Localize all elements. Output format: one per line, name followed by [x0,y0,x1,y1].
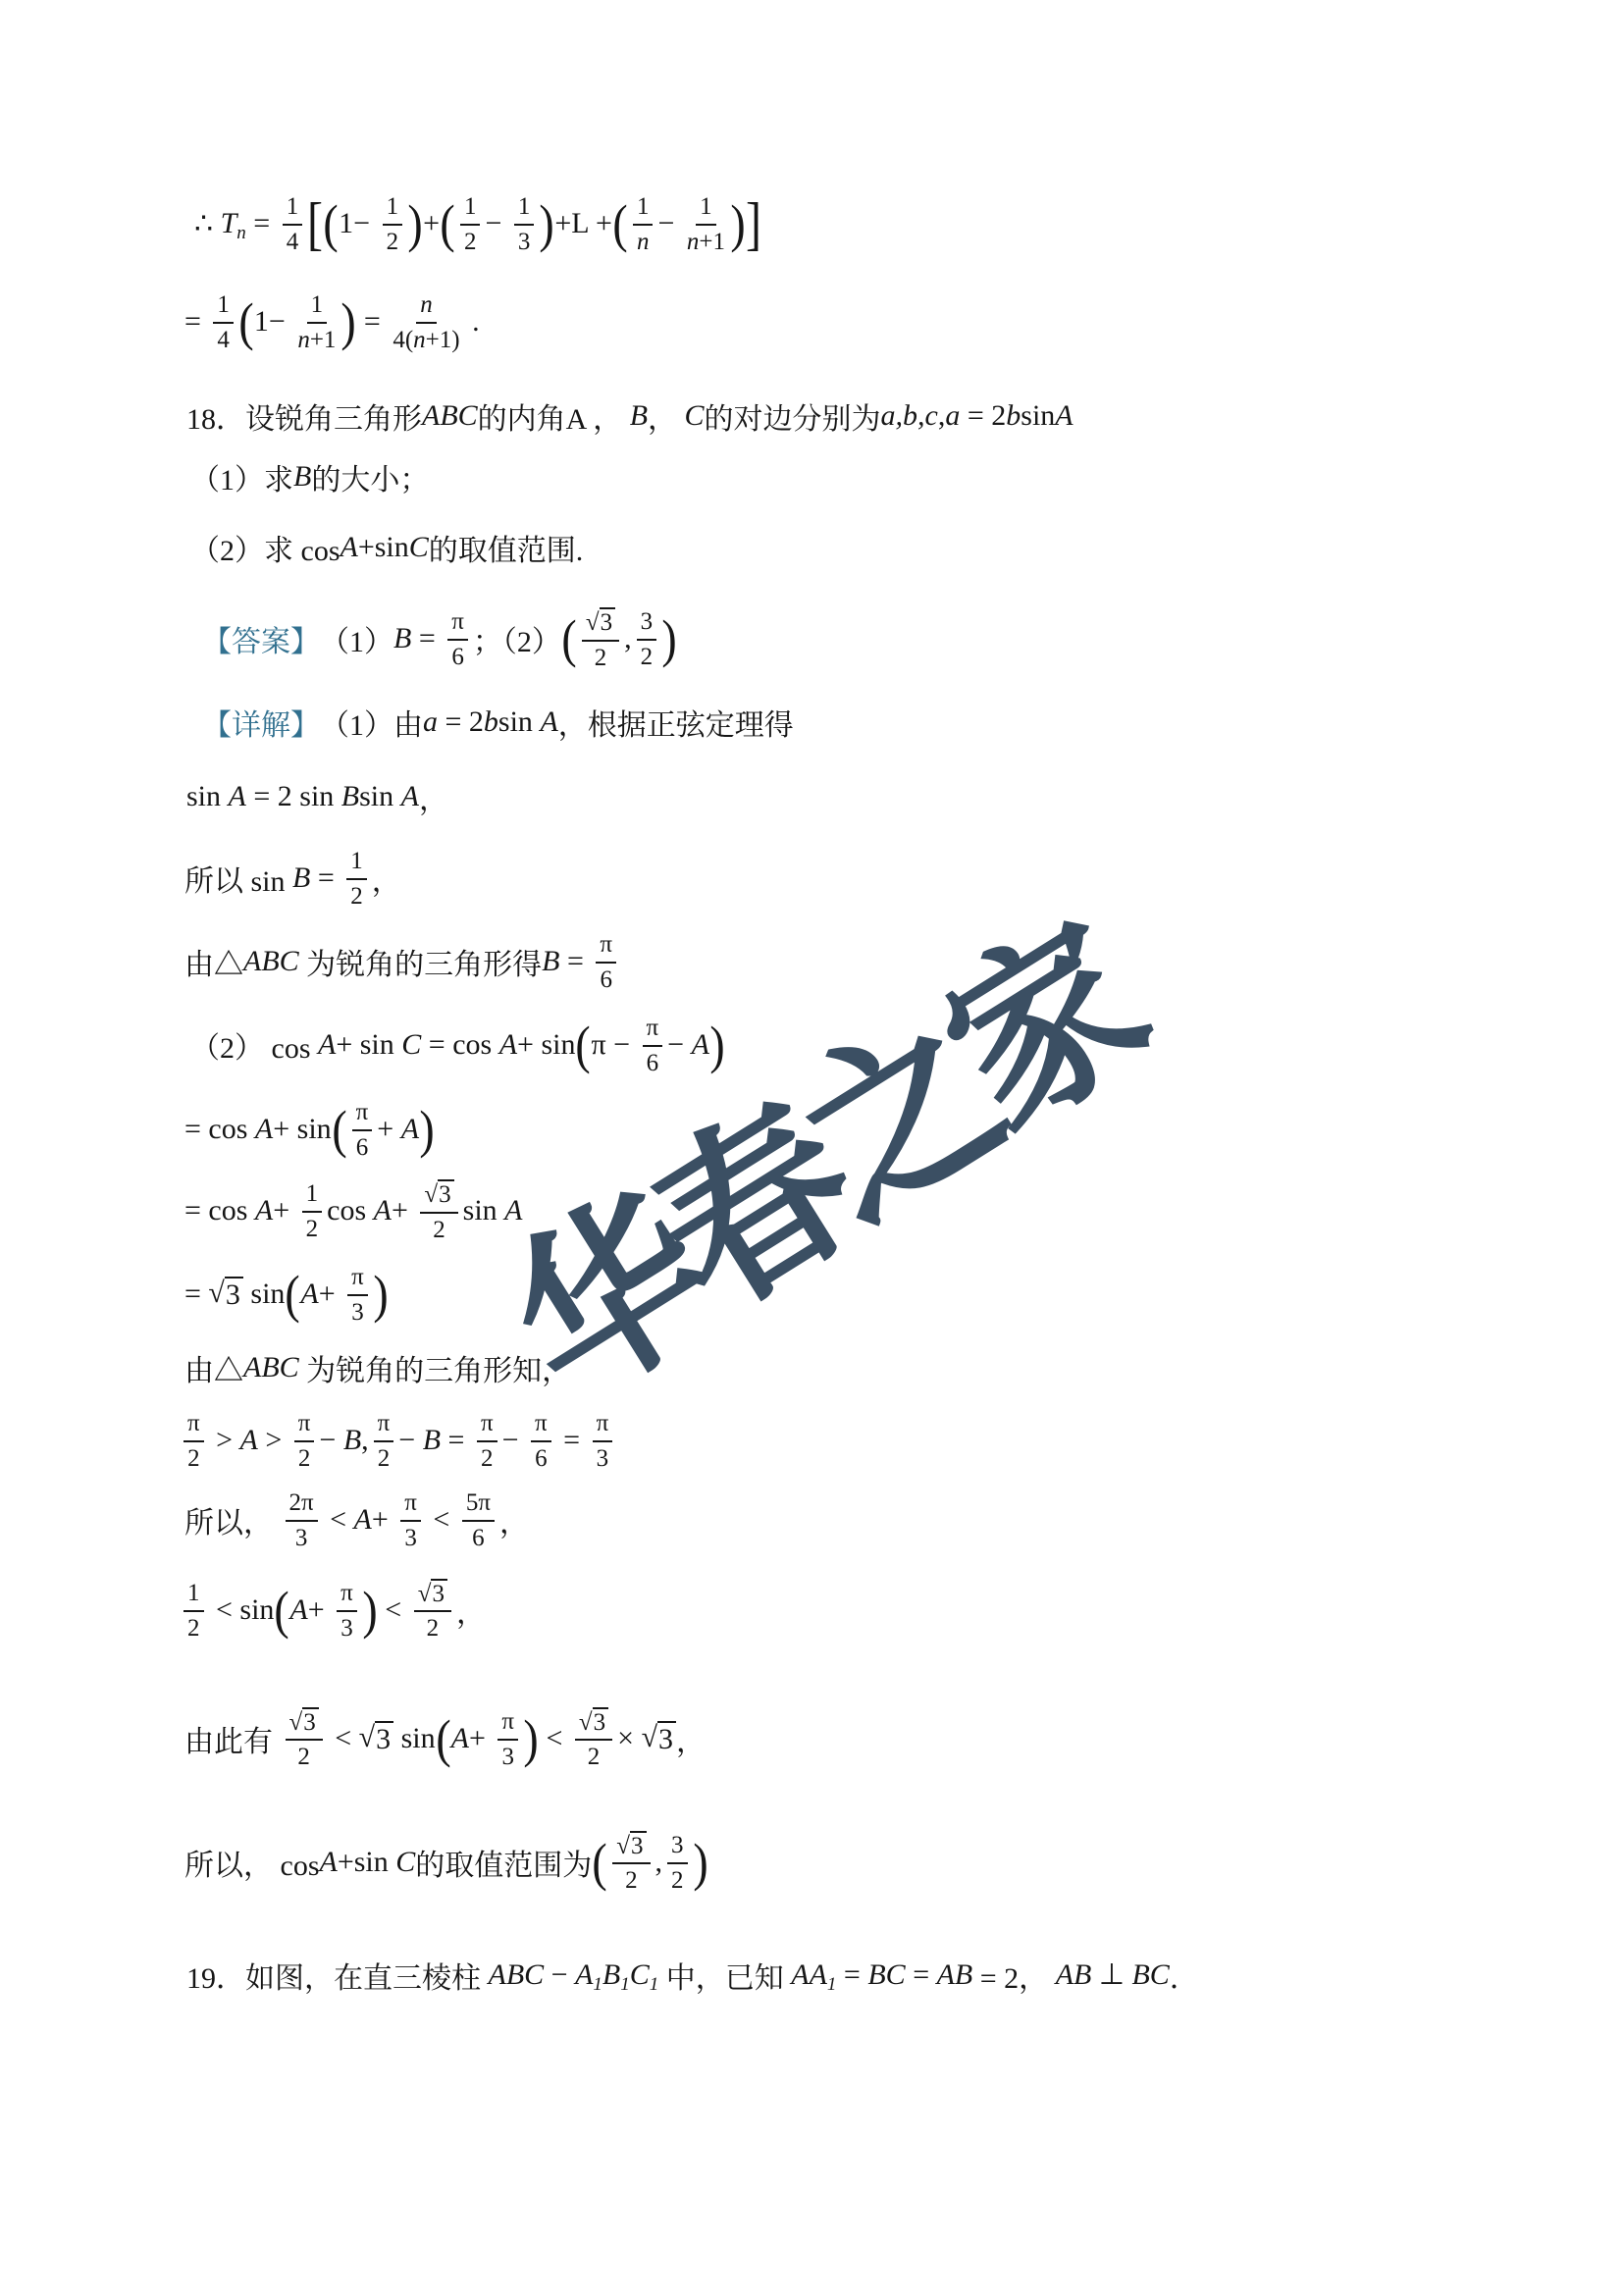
numerator: π [337,1578,357,1612]
denominator: 2 [187,1612,200,1643]
math-text: sin [243,1278,286,1311]
math-variable: B [602,1958,620,1992]
math-text: + sin [336,1028,401,1062]
math-variable: A [300,1278,318,1311]
math-variable: C [630,1958,650,1992]
math-text: 由此有 [184,1717,281,1760]
math-variable: A [451,1722,469,1755]
math-variable: C [409,531,429,564]
math-variable: A [255,1113,273,1146]
math-text: ， [419,775,448,818]
denominator: 2 [378,1442,391,1473]
math-text: + [423,207,440,240]
denominator: 2 [350,880,363,911]
fraction: π3 [497,1706,518,1771]
math-variable: B [292,861,310,895]
math-variable: AB [937,1958,973,1992]
math-variable: AB [1056,1958,1092,1992]
formula-part2-expand: （2） cos A+ sin C = cos A+ sin(π − π6− A) [190,1010,1535,1080]
radical-sign: √ [418,1581,432,1608]
fraction: √32 [582,605,619,672]
radical-sign: √ [579,1709,593,1737]
denominator: 4 [287,226,299,256]
formula-tn-result: = 14(1− 1n+1) = n4(n+1) . [184,287,1535,357]
numerator: 3 [667,1830,688,1864]
fraction: 32 [637,606,657,671]
big-paren-open: ( [286,1259,300,1330]
math-variable: ABC [489,1958,545,1992]
text-acute-triangle: 由△ABC 为锐角的三角形知， [184,1346,1535,1389]
math-text: , [624,622,632,655]
fraction: π6 [596,929,616,994]
denominator: 3 [340,1612,353,1643]
denominator: n+1 [687,226,725,256]
fraction: π2 [374,1408,394,1473]
math-text: = [356,305,388,339]
math-text: ；（2） [473,617,561,660]
numerator: 1 [302,1178,323,1213]
math-variable: a,b,c [881,399,938,433]
formula-b-value: 由△ABC 为锐角的三角形得B = π6 [184,929,1535,994]
numerator: π [596,929,616,964]
math-text: − [398,1424,422,1457]
fraction: 12 [183,1578,204,1643]
math-text: = [556,1424,588,1457]
numerator: 1 [383,191,403,226]
math-text: （1）求 [190,455,293,498]
formula-sum-bounds: 所以， 2π3 < A+ π3 < 5π6， [184,1487,1535,1552]
math-text: = 2， [972,1954,1055,1997]
big-paren-close: ) [341,287,356,357]
big-paren-close: ) [693,1827,707,1898]
fraction: 12 [383,191,403,256]
math-text: sin [1021,399,1055,433]
radicand: 3 [302,1707,319,1737]
denominator: 6 [356,1131,369,1162]
denominator: 2 [433,1214,445,1244]
math-text: > [258,1424,289,1457]
math-variable: a [423,705,438,739]
denominator: 3 [295,1522,308,1552]
big-paren-close: ) [419,1094,434,1165]
math-text: ， [372,857,401,900]
math-text: （2）求 cos [190,526,340,569]
math-text: = cos [184,1194,255,1227]
math-text: = [906,1958,937,1992]
math-text: < [323,1503,354,1537]
math-variable: ABC [243,945,299,978]
big-paren-open: ( [561,603,576,674]
formula-tn-telescoping: ∴ Tn = 14[(1− 12)+(12− 13)+L +(1n− 1n+1)… [194,186,1535,261]
math-text: , [655,1846,663,1879]
math-text: ， [648,394,685,438]
math-text: − [657,207,681,240]
math-text: 所以， cos [184,1841,320,1884]
math-variable: A [401,1113,419,1146]
math-text: ． [1170,1954,1199,1997]
math-variable: B [423,1424,441,1457]
numerator: √3 [612,1829,650,1865]
fraction: π6 [531,1408,551,1473]
question-18: 18．设锐角三角形ABC的内角A ， B， C的对边分别为a,b,c,a = 2… [186,394,1535,438]
formula-simplify-3: = √3 sin(A+ π3) [184,1259,1535,1330]
math-text: = 2 sin [246,780,341,813]
numerator: π [477,1408,497,1442]
math-text: < [539,1722,570,1755]
fraction: 12 [302,1178,323,1243]
fraction: π3 [337,1578,357,1643]
square-root: √3 [359,1721,393,1755]
numerator: 1 [213,289,234,324]
denominator: 6 [535,1442,548,1473]
numerator: π [593,1408,613,1442]
math-text: 由△ [184,1346,243,1389]
math-text: （2） cos [190,1023,318,1067]
big-bracket-open: [ [307,186,323,261]
math-variable: A [401,780,419,813]
numerator: 1 [696,191,716,226]
numerator: 1 [460,191,481,226]
math-text: + [469,1722,493,1755]
fraction: 13 [514,191,535,256]
answer-line: 【答案】（1）B = π6；（2）(√32,32) [202,603,1535,674]
math-text: < [378,1593,409,1627]
math-text: sin [463,1194,505,1227]
math-text: sin [186,780,229,813]
radicand: 3 [438,1179,454,1209]
fraction: √32 [286,1705,323,1772]
math-text: = 2 [960,399,1006,433]
math-text: cos [327,1194,374,1227]
section-label: 【答案】 [202,617,320,660]
math-text: − [319,1424,342,1457]
fraction: π3 [593,1408,613,1473]
math-text: + [308,1593,332,1627]
denominator: 2 [306,1213,319,1243]
math-text: 的大小； [311,455,429,498]
math-variable: A [374,1194,392,1227]
big-paren-open: ( [612,188,627,259]
math-variable: a [945,399,960,433]
math-text: 的取值范围. [429,526,584,569]
math-text: + [319,1278,342,1311]
big-paren-open: ( [593,1827,607,1898]
subscript: 1 [650,1974,659,1996]
denominator: 3 [351,1296,364,1327]
question-18-part1: （1）求B的大小； [190,455,1535,498]
numerator: π [400,1487,421,1522]
denominator: 2 [297,1741,310,1771]
denominator: n [637,226,650,256]
math-variable: A [289,1593,307,1627]
numerator: √3 [414,1577,451,1613]
fraction: π2 [183,1408,204,1473]
math-variable: AA [791,1958,827,1992]
math-text: 18．设锐角三角形 [186,394,422,438]
formula-simplify-2: = cos A+ 12cos A+ √32sin A [184,1177,1535,1244]
fraction: π2 [294,1408,315,1473]
math-text: 1− [254,305,292,339]
math-variable: C [395,1846,415,1879]
math-text: , [361,1424,369,1457]
numerator: √3 [582,605,619,642]
math-text: ⊥ [1091,1957,1131,1992]
math-text: < sin [209,1593,275,1627]
math-text: = cos [184,1113,255,1146]
fraction: π6 [447,606,468,671]
math-variable: A [240,1424,258,1457]
math-variable: B [293,460,311,494]
math-text: + [273,1194,296,1227]
fraction: 12 [460,191,481,256]
math-text: ， [676,1717,706,1760]
math-text: （1） [320,617,393,660]
formula-sin-bounds: 12 < sin(A+ π3) < √32， [179,1575,1535,1645]
numerator: π [497,1706,518,1741]
math-text: sin [359,780,401,813]
math-variable: A [229,780,246,813]
square-root: √3 [208,1277,242,1311]
fraction: √32 [420,1177,457,1244]
numerator: π [643,1013,663,1047]
denominator: 2 [595,642,607,672]
math-text: − [544,1958,575,1992]
numerator: 1 [183,1578,204,1612]
math-text: < [328,1722,359,1755]
big-paren-close: ) [523,1703,538,1774]
fraction: 1n+1 [687,191,725,256]
numerator: 1 [283,191,303,226]
math-variable: b [484,705,498,739]
subscript: 1 [593,1974,602,1996]
numerator: π [294,1408,315,1442]
section-label: 【详解】 [202,701,320,744]
subscript: n [236,223,246,244]
formula-simplify-1: = cos A+ sin(π6+ A) [184,1094,1535,1165]
subscript: 1 [620,1974,630,1996]
fraction: n4(n+1) [393,289,459,354]
math-text: π − [591,1028,637,1062]
denominator: 3 [597,1442,609,1473]
math-variable: A [318,1028,336,1062]
fraction: √32 [575,1705,612,1772]
big-paren-open: ( [440,188,454,259]
formula-sinb: 所以 sin B = 12， [184,846,1535,911]
formula-sine-rule: sin A = 2 sin Bsin A， [186,775,1535,818]
math-text: + [377,1113,400,1146]
math-variable: b [1006,399,1021,433]
question-18-part2: （2）求 cosA+sinC的取值范围. [190,526,1535,569]
fraction: 2π3 [286,1487,318,1552]
denominator: 2 [671,1864,684,1895]
math-variable: A [499,1028,517,1062]
math-variable: A [1055,399,1073,433]
fraction: π6 [643,1013,663,1077]
big-paren-open: ( [436,1703,450,1774]
fraction: 1n [633,191,654,256]
numerator: π [447,606,468,641]
radicand: 3 [657,1721,676,1755]
numerator: π [374,1408,394,1442]
math-text: ，根据正弦定理得 [558,701,794,744]
math-text: +sin [358,531,409,564]
fraction: 12 [346,846,367,911]
denominator: 2 [481,1442,494,1473]
radicand: 3 [225,1277,243,1311]
big-paren-close: ) [730,188,745,259]
denominator: 2 [641,641,654,671]
math-text: = [184,1278,208,1311]
numerator: 1 [346,846,367,880]
math-variable: A [320,1846,338,1879]
radicand: 3 [375,1721,393,1755]
denominator: 3 [518,226,531,256]
math-variable: C [401,1028,421,1062]
big-bracket-close: ] [746,186,761,261]
radical-sign: √ [208,1277,224,1309]
fraction: π2 [477,1408,497,1473]
fraction: 32 [667,1830,688,1895]
math-text: = [441,1424,472,1457]
math-text: × [617,1722,641,1755]
numerator: 1 [633,191,654,226]
math-variable: B [343,1424,361,1457]
math-text: sin [393,1722,436,1755]
math-text: 所以， [184,1498,281,1541]
math-text: 所以 sin [184,857,292,900]
big-paren-open: ( [332,1094,346,1165]
math-text: = [184,305,208,339]
subscript: 1 [827,1974,837,1996]
math-variable: A [354,1503,372,1537]
big-paren-open: ( [238,287,253,357]
numerator: √3 [575,1705,612,1742]
math-text: 的取值范围为 [415,1841,592,1884]
math-text: + [372,1503,395,1537]
math-text: （1）由 [320,701,423,744]
denominator: 6 [472,1522,485,1552]
math-variable: A [255,1194,273,1227]
denominator: 2 [387,226,399,256]
math-text: ， [499,1498,529,1541]
denominator: 4 [217,324,230,354]
numerator: 1 [514,191,535,226]
big-paren-close: ) [362,1575,377,1645]
math-text: = [411,622,443,655]
math-text: 的对边分别为 [705,394,881,438]
denominator: 3 [404,1522,417,1552]
numerator: π [352,1097,373,1131]
denominator: 2 [588,1741,601,1771]
document-content: ∴ Tn = 14[(1− 12)+(12− 13)+L +(1n− 1n+1)… [184,157,1535,1997]
math-variable: A [504,1194,522,1227]
big-paren-open: ( [275,1575,289,1645]
denominator: 2 [427,1612,440,1643]
math-text: = cos [421,1028,498,1062]
radical-sign: √ [586,609,600,637]
math-text: 19．如图，在直三棱柱 [186,1954,489,1997]
math-text: + [392,1194,415,1227]
numerator: 5π [462,1487,495,1522]
fraction: π3 [400,1487,421,1552]
denominator: 2 [298,1442,311,1473]
denominator: 3 [501,1741,514,1771]
math-text: 1− [339,207,377,240]
big-paren-close: ) [373,1259,388,1330]
math-variable: A [692,1028,709,1062]
fraction: 14 [213,289,234,354]
math-text: ， [456,1589,486,1632]
numerator: n [416,289,437,324]
numerator: π [183,1408,204,1442]
big-paren-close: ) [709,1010,724,1080]
math-text: = [246,207,278,240]
math-variable: A [575,1958,593,1992]
math-variable: BC [1131,1958,1169,1992]
math-text: + sin [273,1113,331,1146]
math-text: +L + [554,207,612,240]
denominator: 6 [647,1047,659,1077]
formula-angle-bounds: π2 > A > π2− B,π2− B = π2− π6 = π3 [179,1408,1535,1473]
detail-intro: 【详解】（1）由a = 2bsin A，根据正弦定理得 [202,701,1535,744]
math-variable: B [630,399,648,433]
numerator: 3 [637,606,657,641]
math-text: +sin [338,1846,395,1879]
fraction: 5π6 [462,1487,495,1552]
big-paren-close: ) [540,188,554,259]
fraction: √32 [414,1577,451,1644]
fraction: 1n+1 [297,289,336,354]
math-variable: B [542,945,559,978]
math-variable: C [685,399,705,433]
square-root: √3 [642,1721,676,1755]
big-paren-open: ( [576,1010,591,1080]
big-paren-open: ( [324,188,339,259]
big-paren-close: ) [407,188,422,259]
math-variable: BC [867,1958,905,1992]
conclusion-range: 所以， cosA+sin C的取值范围为(√32,32) [184,1827,1535,1898]
denominator: n+1 [297,324,336,354]
big-paren-close: ) [661,603,676,674]
question-19: 19．如图，在直三棱柱 ABC − A1B1C1 中，已知 AA1 = BC =… [186,1954,1535,1997]
radicand: 3 [431,1579,447,1608]
formula-scaled-bounds: 由此有 √32 < √3 sin(A+ π3) < √32× √3， [184,1703,1535,1774]
radicand: 3 [593,1707,609,1737]
math-text: = [310,861,341,895]
numerator: π [347,1262,368,1296]
denominator: 4(n+1) [393,324,459,354]
denominator: 2 [187,1442,200,1473]
math-text: 为锐角的三角形知， [299,1346,572,1389]
math-text: = [836,1958,867,1992]
denominator: 2 [464,226,477,256]
math-variable: A [340,531,358,564]
math-text: < [426,1503,457,1537]
math-text: 中，已知 [658,1954,791,1997]
math-text: 由△ [184,940,243,983]
numerator: 1 [307,289,328,324]
radical-sign: √ [359,1721,375,1753]
radical-sign: √ [424,1181,438,1209]
math-text: , [938,399,946,433]
math-variable: B [393,622,411,655]
math-variable: ABC [243,1351,299,1384]
math-variable: B [341,780,359,813]
numerator: √3 [286,1705,323,1742]
radical-sign: √ [642,1721,657,1753]
fraction: π6 [352,1097,373,1162]
math-text: = [560,945,592,978]
